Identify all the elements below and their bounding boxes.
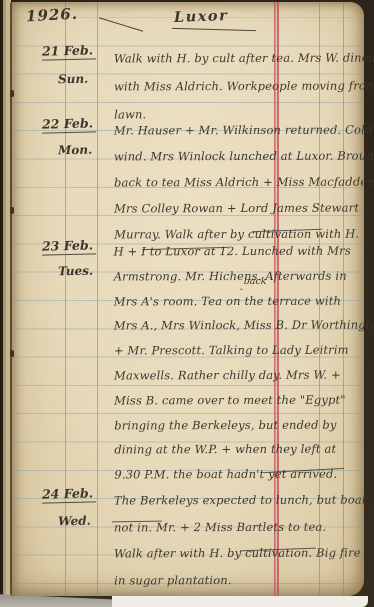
- entry-line: Mrs Colley Rowan + Lord James Stewart: [114, 195, 374, 222]
- entry-line: Maxwells. Rather chilly day. Mrs W. +: [114, 363, 374, 389]
- entry-line: The Berkeleys expected to lunch, but boa…: [114, 487, 367, 514]
- binding-mark: [10, 90, 14, 97]
- page-title: Luxor: [174, 7, 229, 26]
- entry-line: Miss B. came over to meet the "Egypt": [114, 387, 374, 413]
- entry-line: dining at the W.P. + when they left at: [114, 437, 374, 463]
- entry-line: bringing the Berkeleys, but ended by: [114, 412, 374, 438]
- entry-line: back to tea Miss Aldrich + Miss Macfadde…: [114, 169, 374, 196]
- binding-mark: [10, 207, 14, 214]
- entry-line: H + I to Luxor at 12. Lunched with Mrs: [114, 239, 374, 265]
- insertion-note: ‸back: [240, 276, 267, 290]
- entry-line: Mrs A's room. Tea on the terrace with: [114, 288, 374, 314]
- entry-date: 22 Feb.: [42, 115, 96, 133]
- entry-body: Mr. Hauser + Mr. Wilkinson returned. Col…: [114, 117, 374, 248]
- binding-mark: [10, 350, 14, 357]
- notebook-photo: 1926. Luxor 21 Feb. Sun. Walk with H. by…: [0, 0, 374, 607]
- margin-line-left-2: [97, 2, 98, 596]
- entry-day: Mon.: [58, 143, 92, 158]
- entry-line: + Mr. Prescott. Talking to Lady Leitrim: [114, 338, 374, 364]
- year-label: 1926.: [26, 5, 79, 26]
- entry-date: 23 Feb.: [42, 237, 96, 255]
- entry-date: 21 Feb.: [42, 42, 96, 60]
- margin-line-left-1: [65, 2, 66, 596]
- caret-mark: ‸: [240, 281, 243, 290]
- entry-line: 9.30 P.M. the boat hadn't yet arrived.: [114, 462, 374, 488]
- entry-line: Walk with H. by cult after tea. Mrs W. d…: [114, 44, 374, 73]
- under-sheet-white: [112, 596, 368, 607]
- entry-line: not in. Mr. + 2 Miss Bartlets to tea.: [114, 513, 367, 540]
- entry-day: Sun.: [58, 72, 89, 87]
- diary-page: 1926. Luxor 21 Feb. Sun. Walk with H. by…: [10, 2, 364, 596]
- entry-line: Mrs A., Mrs Winlock, Miss B. Dr Worthing…: [114, 313, 374, 339]
- entry-body: The Berkeleys expected to lunch, but boa…: [114, 487, 367, 594]
- entry-day: Wed.: [58, 513, 91, 528]
- entry-day: Tues.: [58, 263, 93, 278]
- entry-date: 24 Feb.: [42, 485, 96, 503]
- entry-line: in sugar plantation.: [114, 566, 367, 593]
- entry-line: Walk after with H. by cultivation. Big f…: [114, 540, 367, 567]
- insertion-text: back: [244, 276, 267, 287]
- entry-line: with Miss Aldrich. Workpeople moving fro…: [114, 72, 374, 101]
- entry-line: Mr. Hauser + Mr. Wilkinson returned. Col…: [114, 117, 374, 144]
- entry-line: wind. Mrs Winlock lunched at Luxor. Brou…: [114, 143, 374, 170]
